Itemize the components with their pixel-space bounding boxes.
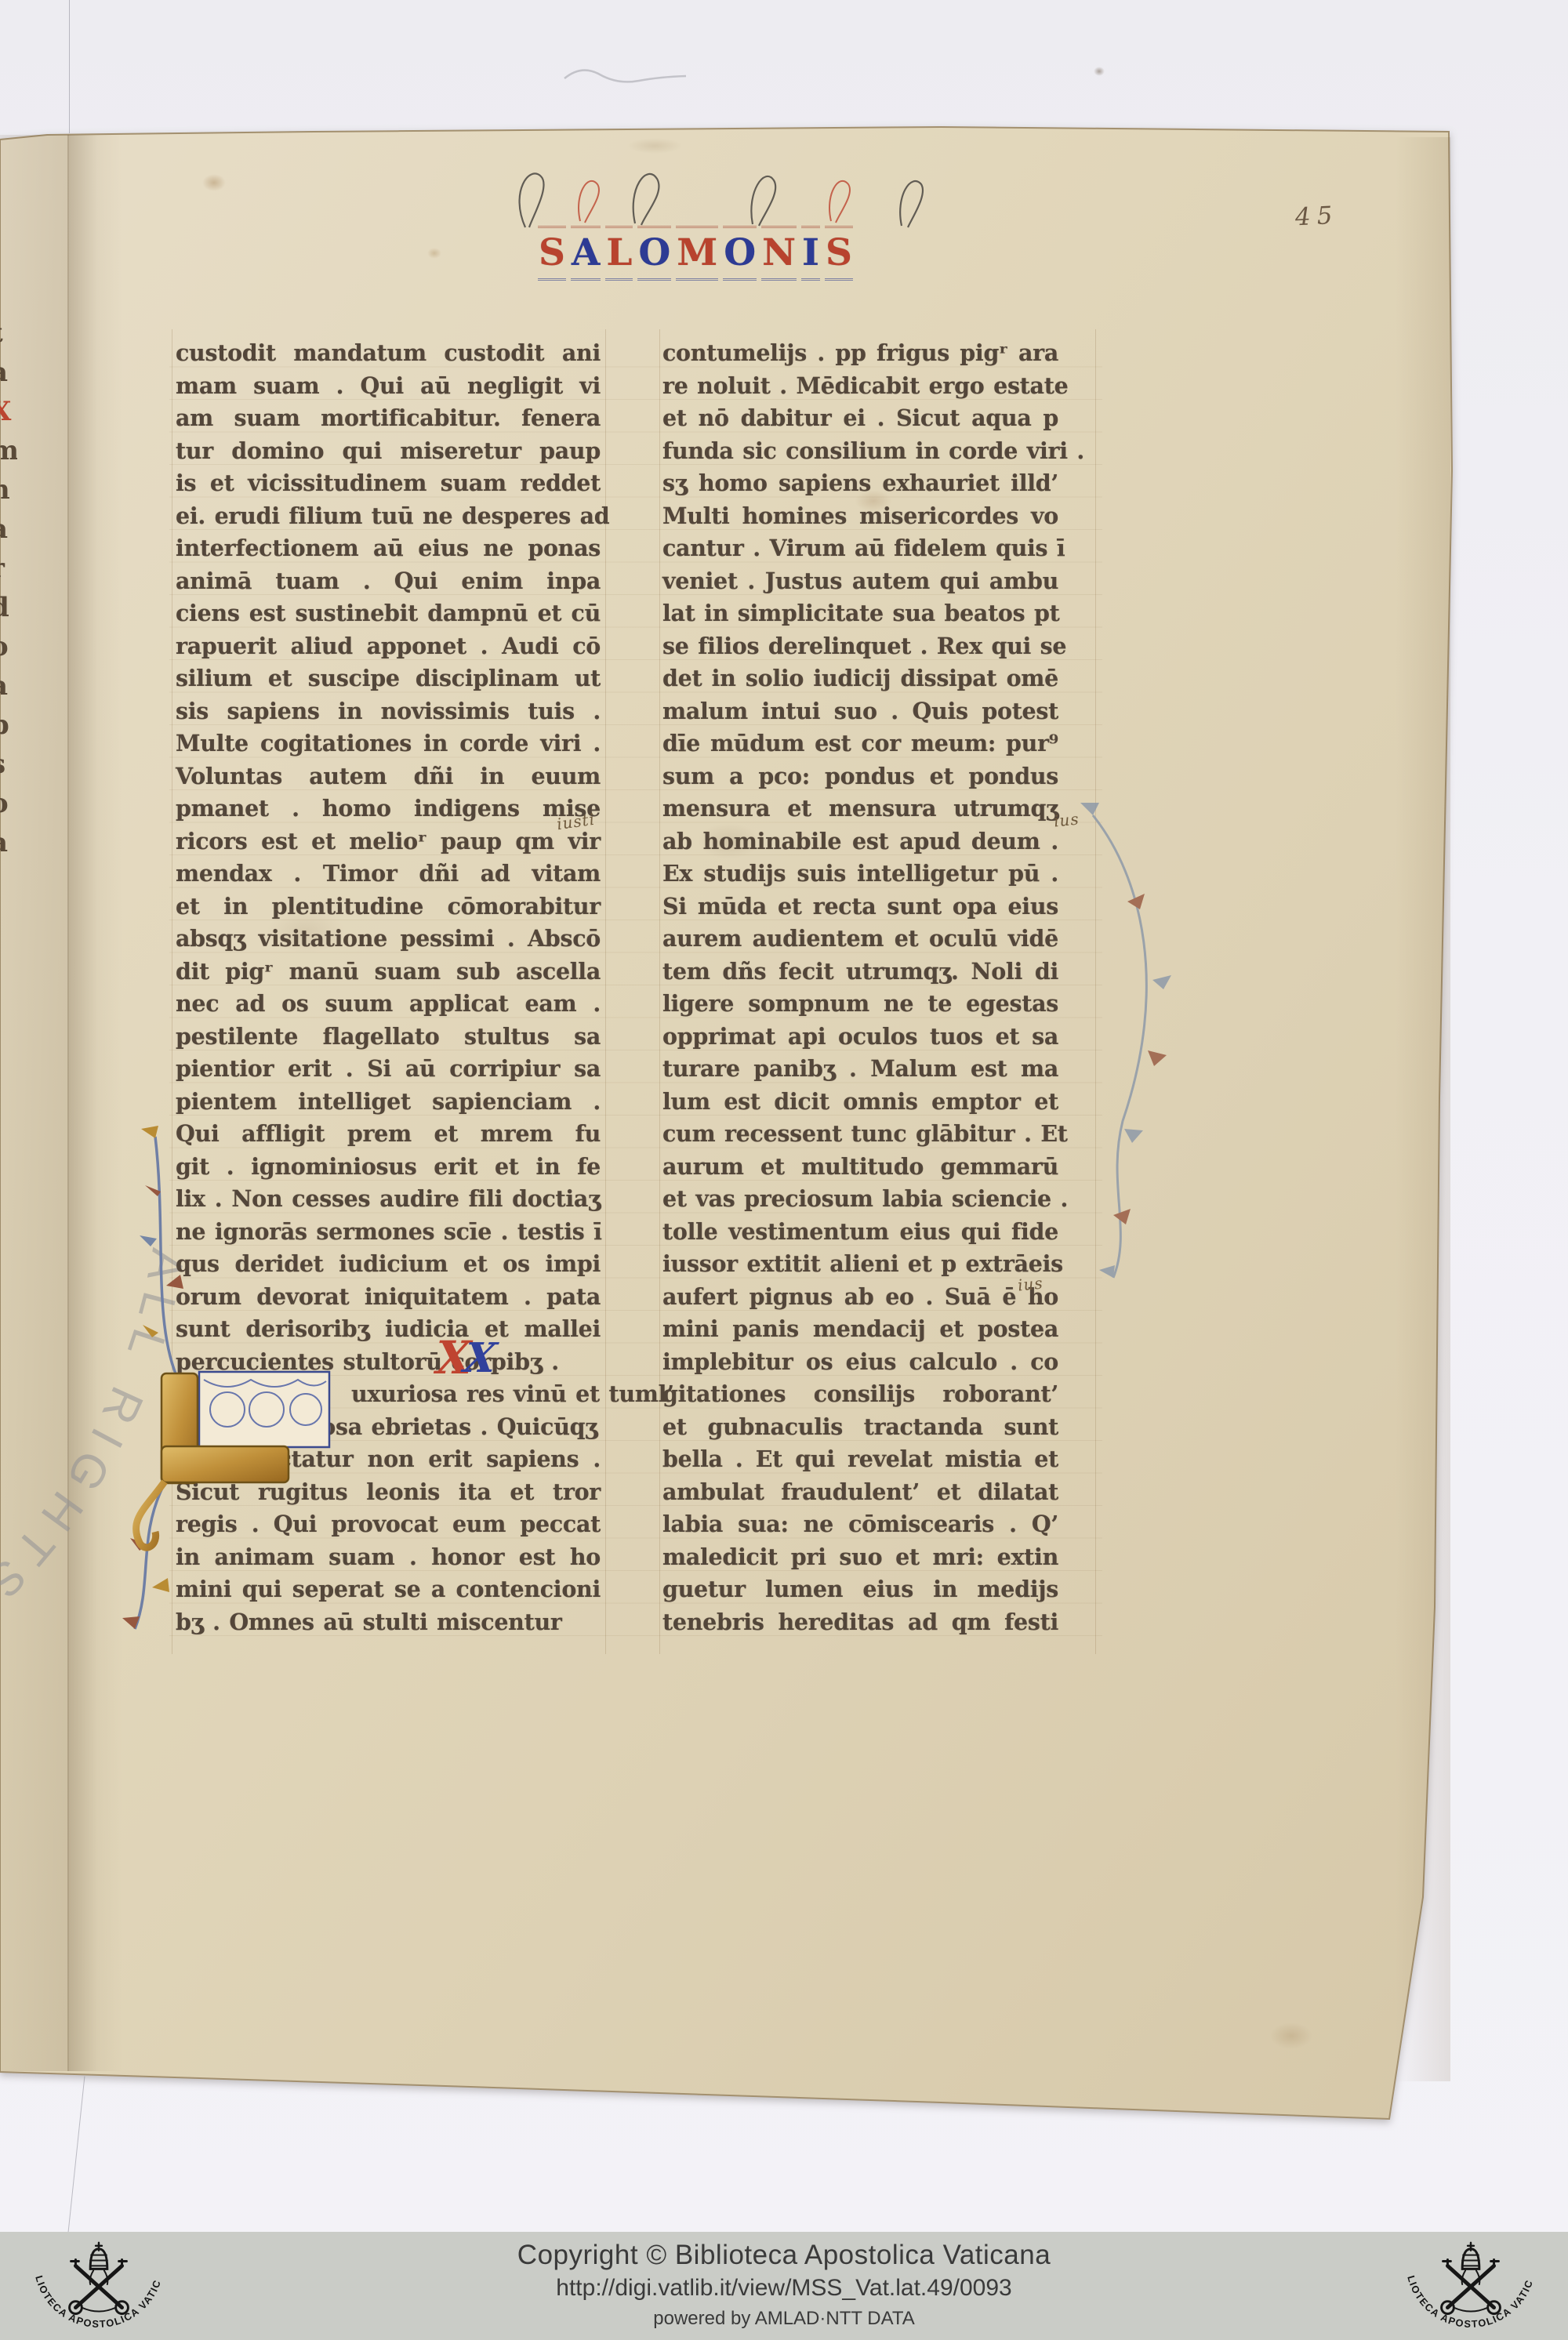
- initial-ornament-box: [199, 1372, 329, 1447]
- text-line: sis sapiens in novissimis tuis .: [176, 695, 601, 728]
- edge-fragment-letter: d: [0, 588, 17, 627]
- running-title-letter: L: [605, 226, 633, 281]
- text-line: lum est dicit omnis emptor et: [662, 1086, 1058, 1119]
- text-line: turare panibʒ . Malum est ma: [662, 1053, 1058, 1086]
- text-line: animā tuam . Qui enim inpa: [176, 565, 601, 598]
- text-line: pestilente flagellato stultus sa: [176, 1021, 601, 1054]
- digitized-manuscript-scan: ALL RIGHTS RESERVED © Biblioteca Apostol…: [0, 0, 1568, 2340]
- edge-fragment-letter: b: [0, 706, 17, 745]
- text-line: sum a pco: pondus et pondus: [662, 760, 1058, 793]
- edge-fragment-letter: r: [0, 549, 17, 588]
- text-line: tenebris hereditas ad qm festi: [662, 1606, 1058, 1639]
- text-line: contumelijs . pp frigus pigʳ ara: [662, 337, 1058, 370]
- text-line: opprimat api oculos tuos et sa: [662, 1021, 1058, 1054]
- text-line: bella . Et qui revelat mistia et: [662, 1443, 1058, 1476]
- text-line: mam suam . Qui aū negligit vi: [176, 370, 601, 403]
- running-title-letter: M: [676, 226, 718, 281]
- text-line: silium et suscipe disciplinam ut: [176, 662, 601, 695]
- edge-fragment-letter: a: [0, 666, 17, 706]
- running-title-letter: O: [723, 226, 757, 281]
- text-line: dīe mūdum est cor meum: pur⁹: [662, 727, 1058, 760]
- ivy-border-right-icon: [1073, 792, 1214, 1309]
- text-line: guetur lumen eius in medijs: [662, 1573, 1058, 1606]
- text-line: et nō dabitur ei . Sicut aqua p: [662, 402, 1058, 435]
- text-line: ambulat fraudulent’ et dilatat: [662, 1476, 1058, 1509]
- text-line: mensura et mensura utrumqʒ: [662, 793, 1058, 825]
- footer-bar: BIBLIOTECA APOSTOLICA VATICANA Copyright…: [0, 2232, 1568, 2340]
- text-line: tem dñs fecit utrumqʒ. Noli di: [662, 956, 1058, 989]
- footer-url: http://digi.vatlib.it/view/MSS_Vat.lat.4…: [0, 2275, 1568, 2302]
- running-title-letter: S: [825, 226, 853, 281]
- vatican-library-logo-right-icon: BIBLIOTECA APOSTOLICA VATICANA: [1394, 2237, 1548, 2337]
- text-line: dit pigʳ manū suam sub ascella: [176, 956, 601, 989]
- text-line: et in plentitudine cōmorabitur: [176, 891, 601, 923]
- text-line: ab hominabile est apud deum .: [662, 825, 1058, 858]
- text-line: mendax . Timor dñi ad vitam: [176, 858, 601, 891]
- text-line: ciens est sustinebit dampnū et cū: [176, 597, 601, 630]
- text-line: et vas preciosum labia sciencie .: [662, 1183, 1058, 1216]
- text-line: gitationes consilijs roborant’: [662, 1378, 1058, 1411]
- edge-fragment-letter: a: [0, 510, 17, 549]
- running-title-letter: S: [538, 226, 566, 281]
- text-line: ricors est et melioʳ paup qm vir: [176, 825, 601, 858]
- illuminated-initial-and-ivy-border: L: [118, 1121, 353, 1654]
- text-line: pmanet . homo indigens mise: [176, 793, 601, 825]
- text-line: interfectionem aū eius ne ponas: [176, 532, 601, 565]
- text-line: det in solio iudicij dissipat omē: [662, 662, 1058, 695]
- text-line: rapuerit aliud apponet . Audi cō: [176, 630, 601, 663]
- text-line: funda sic consilium in corde viri .: [662, 435, 1058, 468]
- text-line: Voluntas autem dñi in euum: [176, 760, 601, 793]
- text-line: malum intui suo . Quis potest: [662, 695, 1058, 728]
- footer-powered-by: powered by AMLAD·NTT DATA: [0, 2308, 1568, 2330]
- footer-text-block: Copyright © Biblioteca Apostolica Vatica…: [0, 2232, 1568, 2330]
- edge-fragment-letter: n: [0, 470, 17, 510]
- footer-copyright: Copyright © Biblioteca Apostolica Vatica…: [0, 2240, 1568, 2271]
- text-line: maledicit pri suo et mri: extin: [662, 1541, 1058, 1574]
- pencil-mark: [549, 47, 721, 94]
- text-line: ligere sompnum ne te egestas: [662, 988, 1058, 1021]
- text-line: tur domino qui miseretur paup: [176, 435, 601, 468]
- text-line: mini panis mendacij et postea: [662, 1313, 1058, 1346]
- text-line: veniet . Justus autem qui ambu: [662, 565, 1058, 598]
- text-line: am suam mortificabitur. fenera: [176, 402, 601, 435]
- initial-tail: [136, 1482, 165, 1547]
- running-title: SALOMONIS: [538, 224, 853, 282]
- edge-fragment-letter: m: [0, 431, 17, 470]
- running-title-letter: N: [761, 226, 797, 281]
- text-line: sʒ homo sapiens exhauriet illd’: [662, 467, 1058, 500]
- text-line: re noluit . Mēdicabit ergo estate: [662, 370, 1058, 403]
- text-line: Multi homines misericordes vo: [662, 500, 1058, 533]
- running-title-flourishes: [494, 149, 933, 235]
- text-line: aurum et multitudo gemmarū: [662, 1151, 1058, 1184]
- text-column-2: contumelijs . pp frigus pigʳ arare nolui…: [662, 337, 1058, 1638]
- edge-fragment-letter: o: [0, 784, 17, 823]
- text-line: aurem audientem et oculū vidē: [662, 923, 1058, 956]
- folio-number: 45: [1294, 201, 1339, 232]
- text-line: labia sua: ne cōmiscearis . Q’: [662, 1508, 1058, 1541]
- edge-fragment-letter: s: [0, 745, 17, 784]
- text-line: Si mūda et recta sunt opa eius: [662, 891, 1058, 923]
- text-line: pientior erit . Si aū corripiur sa: [176, 1053, 601, 1086]
- text-line: pientem intelliget sapienciam .: [176, 1086, 601, 1119]
- text-line: nec ad os suum applicat eam .: [176, 988, 601, 1021]
- running-title-letter: A: [571, 226, 601, 281]
- text-line: ei. erudi filium tuū ne desperes ad: [176, 500, 601, 533]
- text-line: aufert pignus ab eo . Suā ē ho: [662, 1281, 1058, 1314]
- edge-fragment-letter: t: [0, 314, 17, 353]
- facing-page-edge-fragments: taXmnardoabsoa: [0, 314, 17, 862]
- text-line: absqʒ visitatione pessimi . Abscō: [176, 923, 601, 956]
- text-line: implebitur os eius calculo . co: [662, 1346, 1058, 1379]
- text-line: tolle vestimentum eius qui fide: [662, 1216, 1058, 1249]
- edge-fragment-letter: X: [0, 392, 17, 431]
- text-line: Multe cogitationes in corde viri .: [176, 727, 601, 760]
- edge-fragment-letter: a: [0, 823, 17, 862]
- edge-fragment-letter: o: [0, 627, 17, 666]
- chapter-numeral: X X: [436, 1331, 554, 1378]
- text-line: iussor extitit alieni et p extrāeis: [662, 1248, 1058, 1281]
- text-line: cum recessent tunc glābitur . Et: [662, 1118, 1058, 1151]
- edge-fragment-letter: a: [0, 353, 17, 392]
- text-line: lat in simplicitate sua beatos pt: [662, 597, 1058, 630]
- text-line: et gubnaculis tractanda sunt: [662, 1411, 1058, 1444]
- running-title-letter: I: [801, 226, 820, 281]
- text-line: Ex studijs suis intelligetur pū .: [662, 858, 1058, 891]
- margin-note: ius: [1017, 1273, 1044, 1294]
- text-line: custodit mandatum custodit ani: [176, 337, 601, 370]
- text-line: cantur . Virum aū fidelem quis ī: [662, 532, 1058, 565]
- text-line: se filios derelinquet . Rex qui se: [662, 630, 1058, 663]
- text-line: is et vicissitudinem suam reddet: [176, 467, 601, 500]
- running-title-letter: O: [637, 226, 671, 281]
